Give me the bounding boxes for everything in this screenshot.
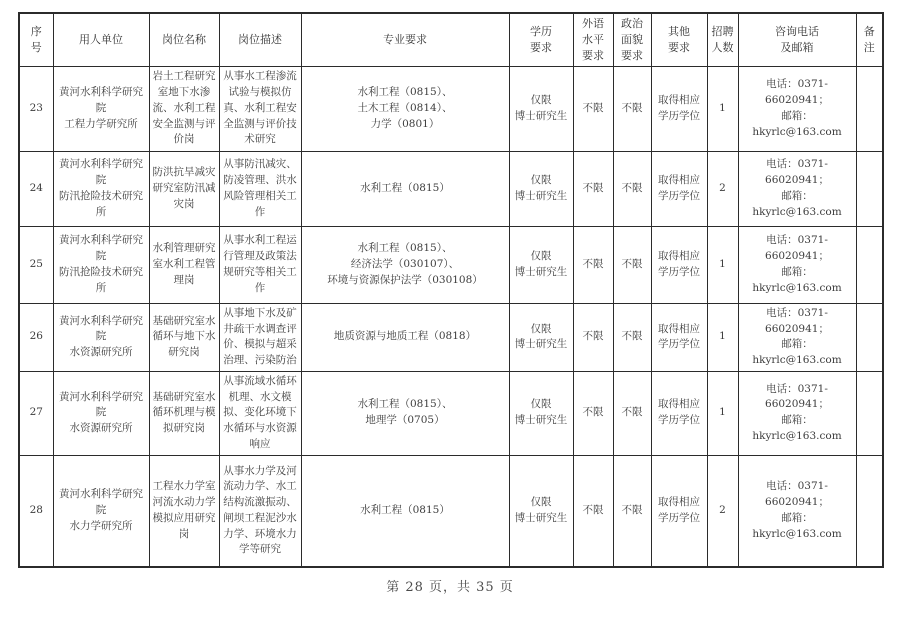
header-political: 政治 面貌 要求: [613, 13, 651, 66]
cell-row-number: 23: [19, 66, 53, 151]
cell-count: 1: [707, 371, 738, 455]
cell-remark: [856, 226, 883, 303]
cell-other: 取得相应 学历学位: [651, 226, 707, 303]
cell-contact: 电话：0371-66020941； 邮箱：hkyrlc@163.com: [738, 226, 856, 303]
cell-language: 不限: [573, 371, 613, 455]
header-language: 外语 水平 要求: [573, 13, 613, 66]
document-page: 序 号用人单位岗位名称岗位描述专业要求学历 要求外语 水平 要求政治 面貌 要求…: [0, 0, 900, 636]
cell-count: 1: [707, 303, 738, 371]
header-other: 其他 要求: [651, 13, 707, 66]
cell-education: 仅限 博士研究生: [509, 303, 573, 371]
cell-employer: 黄河水利科学研究院 防汛抢险技术研究所: [53, 151, 149, 226]
recruitment-table: 序 号用人单位岗位名称岗位描述专业要求学历 要求外语 水平 要求政治 面貌 要求…: [18, 12, 884, 568]
cell-contact: 电话：0371-66020941； 邮箱：hkyrlc@163.com: [738, 303, 856, 371]
cell-education: 仅限 博士研究生: [509, 66, 573, 151]
cell-education: 仅限 博士研究生: [509, 151, 573, 226]
cell-position: 基础研究室水循环机理与模拟研究岗: [149, 371, 219, 455]
cell-description: 从事水力学及河流动力学、水工结构流激振动、闸坝工程泥沙水力学、环境水力学等研究: [219, 455, 301, 567]
cell-remark: [856, 66, 883, 151]
cell-language: 不限: [573, 226, 613, 303]
cell-education: 仅限 博士研究生: [509, 455, 573, 567]
cell-political: 不限: [613, 455, 651, 567]
header-remark: 备 注: [856, 13, 883, 66]
table-row: 26 黄河水利科学研究院 水资源研究所 基础研究室水循环与地下水研究岗 从事地下…: [19, 303, 883, 371]
cell-count: 1: [707, 66, 738, 151]
header-contact: 咨询电话 及邮箱: [738, 13, 856, 66]
cell-political: 不限: [613, 226, 651, 303]
cell-education: 仅限 博士研究生: [509, 371, 573, 455]
table-row: 24 黄河水利科学研究院 防汛抢险技术研究所 防洪抗旱减灾研究室防汛减灾岗 从事…: [19, 151, 883, 226]
cell-position: 防洪抗旱减灾研究室防汛减灾岗: [149, 151, 219, 226]
cell-row-number: 28: [19, 455, 53, 567]
cell-language: 不限: [573, 303, 613, 371]
cell-contact: 电话：0371-66020941； 邮箱：hkyrlc@163.com: [738, 371, 856, 455]
cell-employer: 黄河水利科学研究院 水资源研究所: [53, 371, 149, 455]
table-row: 28 黄河水利科学研究院 水力学研究所 工程水力学室河流水动力学模拟应用研究岗 …: [19, 455, 883, 567]
cell-major: 水利工程（0815）、 地理学（0705）: [301, 371, 509, 455]
cell-position: 水利管理研究室水利工程管理岗: [149, 226, 219, 303]
cell-position: 基础研究室水循环与地下水研究岗: [149, 303, 219, 371]
cell-employer: 黄河水利科学研究院 工程力学研究所: [53, 66, 149, 151]
cell-contact: 电话：0371-66020941； 邮箱：hkyrlc@163.com: [738, 151, 856, 226]
table-row: 27 黄河水利科学研究院 水资源研究所 基础研究室水循环机理与模拟研究岗 从事流…: [19, 371, 883, 455]
cell-contact: 电话：0371-66020941； 邮箱：hkyrlc@163.com: [738, 455, 856, 567]
cell-major: 水利工程（0815）、 土木工程（0814）、 力学（0801）: [301, 66, 509, 151]
cell-contact: 电话：0371-66020941； 邮箱：hkyrlc@163.com: [738, 66, 856, 151]
table-header-row: 序 号用人单位岗位名称岗位描述专业要求学历 要求外语 水平 要求政治 面貌 要求…: [19, 13, 883, 66]
cell-position: 岩土工程研究室地下水渗流、水利工程安全监测与评价岗: [149, 66, 219, 151]
cell-political: 不限: [613, 66, 651, 151]
cell-description: 从事地下水及矿井疏干水调查评价、模拟与超采治理、污染防治: [219, 303, 301, 371]
header-count: 招聘 人数: [707, 13, 738, 66]
cell-description: 从事防汛减灾、防凌管理、洪水风险管理相关工作: [219, 151, 301, 226]
cell-employer: 黄河水利科学研究院 水力学研究所: [53, 455, 149, 567]
cell-major: 水利工程（0815）: [301, 455, 509, 567]
cell-position: 工程水力学室河流水动力学模拟应用研究岗: [149, 455, 219, 567]
cell-major: 地质资源与地质工程（0818）: [301, 303, 509, 371]
cell-other: 取得相应 学历学位: [651, 303, 707, 371]
cell-remark: [856, 371, 883, 455]
cell-row-number: 24: [19, 151, 53, 226]
header-position: 岗位名称: [149, 13, 219, 66]
cell-employer: 黄河水利科学研究院 防汛抢险技术研究所: [53, 226, 149, 303]
cell-political: 不限: [613, 303, 651, 371]
cell-other: 取得相应 学历学位: [651, 455, 707, 567]
cell-description: 从事水利工程运行管理及政策法规研究等相关工作: [219, 226, 301, 303]
cell-major: 水利工程（0815）、 经济法学（030107）、 环境与资源保护法学（0301…: [301, 226, 509, 303]
cell-other: 取得相应 学历学位: [651, 151, 707, 226]
cell-major: 水利工程（0815）: [301, 151, 509, 226]
table-row: 25 黄河水利科学研究院 防汛抢险技术研究所 水利管理研究室水利工程管理岗 从事…: [19, 226, 883, 303]
cell-employer: 黄河水利科学研究院 水资源研究所: [53, 303, 149, 371]
cell-remark: [856, 151, 883, 226]
cell-row-number: 25: [19, 226, 53, 303]
header-major: 专业要求: [301, 13, 509, 66]
cell-row-number: 26: [19, 303, 53, 371]
cell-other: 取得相应 学历学位: [651, 66, 707, 151]
cell-description: 从事水工程渗流试验与模拟仿真、水利工程安全监测与评价技术研究: [219, 66, 301, 151]
cell-education: 仅限 博士研究生: [509, 226, 573, 303]
header-description: 岗位描述: [219, 13, 301, 66]
cell-count: 2: [707, 151, 738, 226]
cell-count: 2: [707, 455, 738, 567]
header-education: 学历 要求: [509, 13, 573, 66]
cell-political: 不限: [613, 371, 651, 455]
page-number: 第 28 页，共 35 页: [0, 576, 900, 595]
cell-other: 取得相应 学历学位: [651, 371, 707, 455]
cell-row-number: 27: [19, 371, 53, 455]
table-row: 23 黄河水利科学研究院 工程力学研究所 岩土工程研究室地下水渗流、水利工程安全…: [19, 66, 883, 151]
cell-remark: [856, 303, 883, 371]
cell-language: 不限: [573, 151, 613, 226]
header-no: 序 号: [19, 13, 53, 66]
cell-language: 不限: [573, 455, 613, 567]
cell-description: 从事流域水循环机理、水文模拟、变化环境下水循环与水资源响应: [219, 371, 301, 455]
cell-language: 不限: [573, 66, 613, 151]
cell-remark: [856, 455, 883, 567]
cell-political: 不限: [613, 151, 651, 226]
cell-count: 1: [707, 226, 738, 303]
header-employer: 用人单位: [53, 13, 149, 66]
